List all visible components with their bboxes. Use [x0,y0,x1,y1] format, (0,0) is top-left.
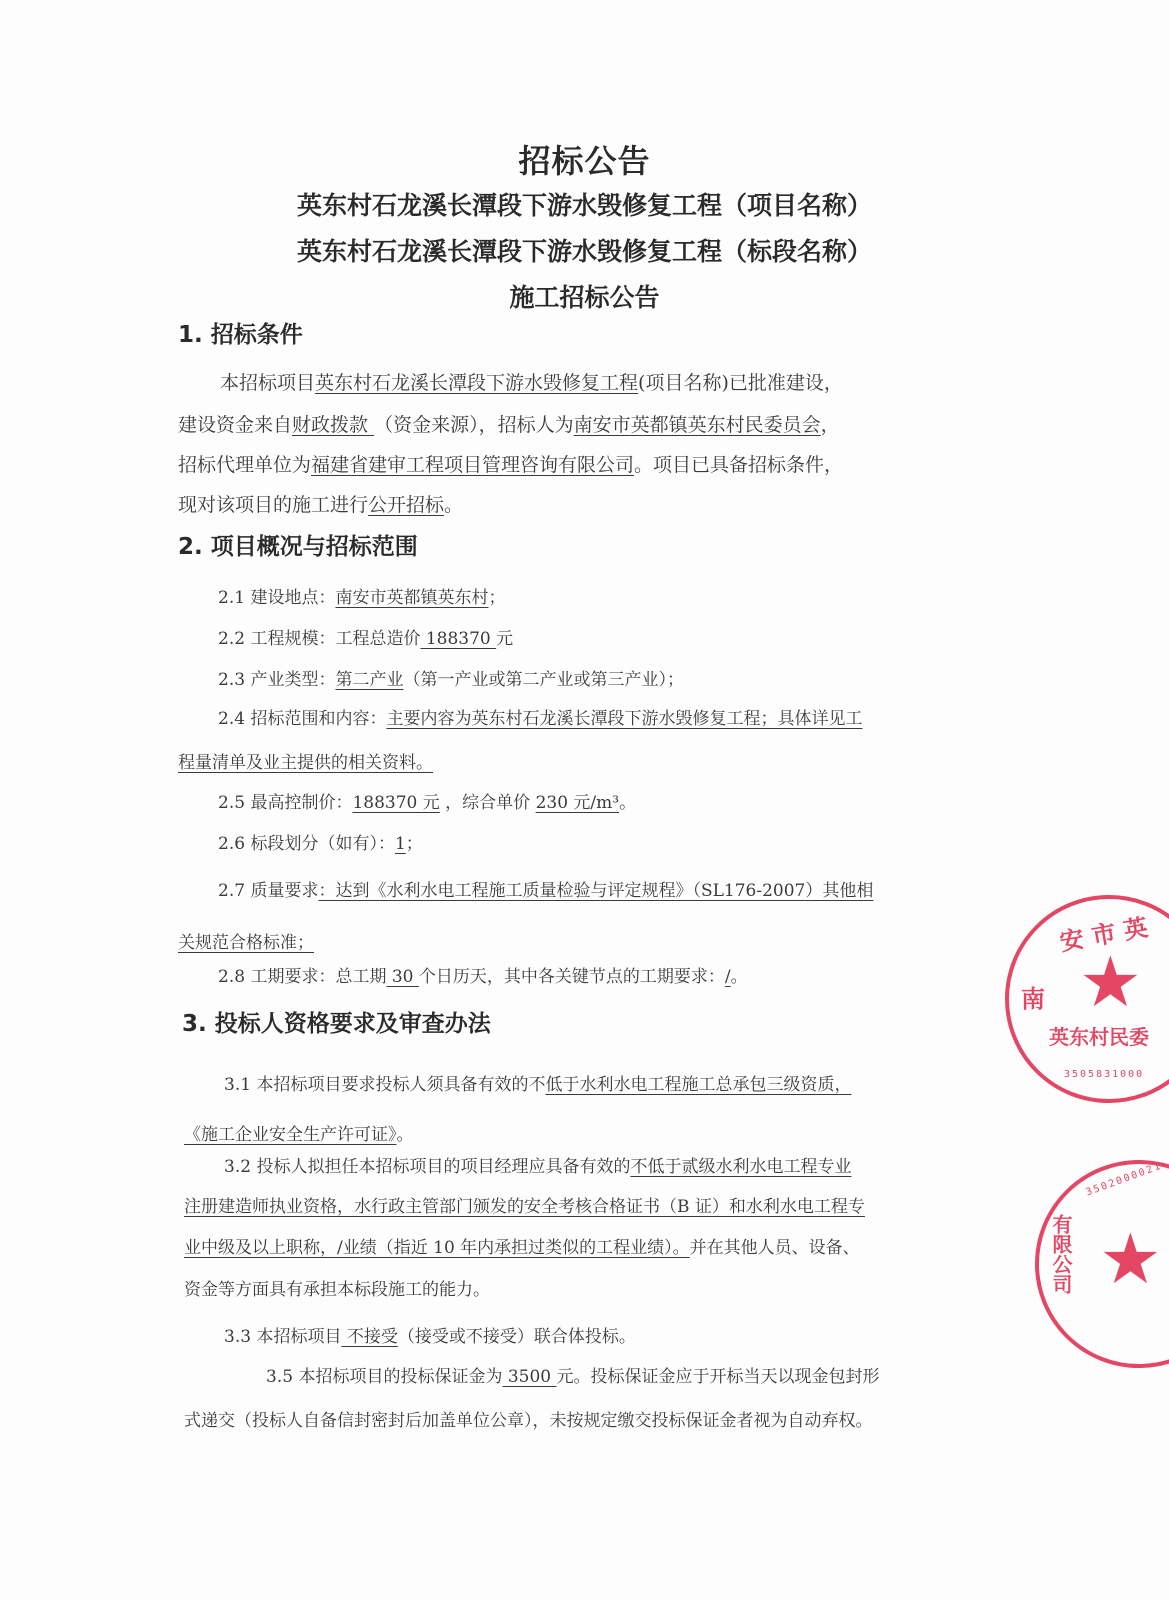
item-3-3: 3.3 本招标项目 不接受（接受或不接受）联合体投标。 [224,1322,636,1347]
seal-text: 有限公司 [1047,1214,1076,1294]
manager-qualification-field: 不低于贰级水利水电工程专业 [630,1157,851,1177]
document-page: 招标公告 英东村石龙溪长潭段下游水毁修复工程（项目名称） 英东村石龙溪长潭段下游… [0,0,1169,1600]
item-3-5-cont: 式递交（投标人自备信封密封后加盖单位公章），未按规定缴交投标保证金者视为自动弃权… [184,1406,873,1431]
text: 式递交（投标人自备信封密封后加盖单位公章），未按规定缴交投标保证金者视为自动弃权… [184,1411,873,1431]
consortium-field: 不接受 [341,1327,397,1347]
section-3-heading: 3. 投标人资格要求及审查办法 [182,1005,491,1038]
item-2-4-cont: 程量清单及业主提供的相关资料。 [178,748,433,773]
text: 现对该项目的施工进行 [178,494,368,516]
section-name-line: 英东村石龙溪长潭段下游水毁修复工程（标段名称） [0,232,1169,268]
manager-qualification-cont-2: 业中级及以上职称，/业绩（指近 10 年内承担过类似的工程业绩）。 [184,1238,690,1258]
project-name-line: 英东村石龙溪长潭段下游水毁修复工程（项目名称） [0,186,1169,222]
item-2-3: 2.3 产业类型：第二产业（第一产业或第二产业或第三产业）； [218,665,684,690]
s1-paragraph-line-2: 建设资金来自财政拨款 （资金来源），招标人为南安市英都镇英东村民委员会， [178,410,840,437]
unit-price-field: 230 元/m³ [536,793,620,813]
text: （接受或不接受）联合体投标。 [398,1327,636,1347]
document-subtitle: 施工招标公告 [0,278,1169,314]
text: 资金等方面具有承担本标段施工的能力。 [184,1280,490,1300]
text: 2.7 质量要求 [218,881,318,901]
text: 元。投标保证金应于开标当天以现金包封形 [557,1367,880,1387]
text: (项目名称)已批准建设， [638,372,843,394]
quality-field: ：达到《水利水电工程施工质量检验与评定规程》（SL176-2007）其他相 [318,881,873,901]
star-icon: ★ [1099,1224,1162,1294]
item-2-4: 2.4 招标范围和内容：主要内容为英东村石龙溪长潭段下游水毁修复工程；具体详见工 [218,704,862,729]
text: 元 [496,629,513,649]
section-2-heading: 2. 项目概况与招标范围 [178,528,418,561]
industry-type-field: 第二产业 [335,670,403,690]
total-cost-field: 188370 [420,629,496,649]
text: 2.6 标段划分（如有）： [218,834,395,854]
qualification-field: 低于水利水电工程施工总承包三级资质， [545,1075,851,1095]
section-1-heading: 1. 招标条件 [178,316,303,349]
fund-source-field: 财政拨款 [292,414,374,436]
tenderer-field: 南安市英都镇英东村民委员会 [574,414,821,436]
item-2-5: 2.5 最高控制价：188370 元 ，综合单价 230 元/m³。 [218,788,636,813]
seal-number: 3505831000 [1064,1069,1144,1080]
agency-seal: 3502000021 ★ 有限公司 [1035,1160,1169,1368]
scope-field: 主要内容为英东村石龙溪长潭段下游水毁修复工程；具体详见工 [386,709,862,729]
text: 并在其他人员、设备、 [690,1238,860,1258]
seal-text-left: 南 [1021,979,1045,1014]
item-3-1-cont: 《施工企业安全生产许可证》。 [184,1120,414,1145]
text: ， [821,414,840,436]
star-icon: ★ [1079,947,1142,1017]
text: 3.2 投标人拟担任本招标项目的项目经理应具备有效的 [224,1157,630,1177]
agency-field: 福建省建审工程项目管理咨询有限公司 [311,454,634,476]
item-2-7-cont: 关规范合格标准； [178,928,314,953]
text: ； [488,588,505,608]
item-2-6: 2.6 标段划分（如有）：1； [218,829,423,854]
text: 招标代理单位为 [178,454,311,476]
s1-paragraph-line-4: 现对该项目的施工进行公开招标。 [178,490,463,517]
item-2-7: 2.7 质量要求：达到《水利水电工程施工质量检验与评定规程》（SL176-200… [218,876,873,901]
seal-text-bottom: 英东村民委 [1049,1021,1149,1050]
text: 2.8 工期要求：总工期 [218,967,386,987]
text: 本招标项目 [220,372,315,394]
scope-field-cont: 程量清单及业主提供的相关资料。 [178,753,433,773]
manager-qualification-cont: 注册建造师执业资格，水行政主管部门颁发的安全考核合格证书（B 证）和水利水电工程… [184,1197,865,1217]
item-3-2: 3.2 投标人拟担任本招标项目的项目经理应具备有效的不低于贰级水利水电工程专业 [224,1152,851,1177]
text: 。 [444,494,463,516]
item-2-1: 2.1 建设地点：南安市英都镇英东村； [218,583,505,608]
text: 。项目已具备招标条件， [634,454,843,476]
text: 2.2 工程规模：工程总造价 [218,629,420,649]
item-2-8: 2.8 工期要求：总工期 30 个日历天，其中各关键节点的工期要求：/。 [218,962,748,987]
text: （第一产业或第二产业或第三产业）； [403,670,684,690]
text: 3.1 本招标项目要求投标人须具备有效的不 [224,1075,545,1095]
text: 2.4 招标范围和内容： [218,709,386,729]
location-field: 南安市英都镇英东村 [335,588,488,608]
s1-paragraph-line-1: 本招标项目英东村石龙溪长潭段下游水毁修复工程(项目名称)已批准建设， [220,368,843,395]
text: 3.3 本招标项目 [224,1327,341,1347]
item-3-1: 3.1 本招标项目要求投标人须具备有效的不低于水利水电工程施工总承包三级资质， [224,1070,851,1095]
text: ； [406,834,423,854]
seal-number: 3502000021 [1085,1161,1164,1199]
lot-count-field: 1 [395,834,406,854]
village-committee-seal: 安 市 英 南 ★ 英东村民委 3505831000 [1005,895,1169,1103]
text: 2.1 建设地点： [218,588,335,608]
project-name-field: 英东村石龙溪长潭段下游水毁修复工程 [315,372,638,394]
text: 个日历天，其中各关键节点的工期要求： [419,967,725,987]
tender-method-field: 公开招标 [368,494,444,516]
max-price-field: 188370 元 [352,793,439,813]
text: 2.5 最高控制价： [218,793,352,813]
text: 。 [619,793,636,813]
safety-license-field: 《施工企业安全生产许可证》 [184,1125,397,1145]
item-3-2-line-4: 资金等方面具有承担本标段施工的能力。 [184,1275,490,1300]
text: 。 [731,967,748,987]
text: 建设资金来自 [178,414,292,436]
s1-paragraph-line-3: 招标代理单位为福建省建审工程项目管理咨询有限公司。项目已具备招标条件， [178,450,843,477]
document-title: 招标公告 [0,136,1169,182]
text: ，综合单价 [440,793,536,813]
text: 3.5 本招标项目的投标保证金为 [266,1367,502,1387]
text: （资金来源），招标人为 [374,414,574,436]
text: 。 [397,1125,414,1145]
item-3-2-line-3: 业中级及以上职称，/业绩（指近 10 年内承担过类似的工程业绩）。并在其他人员、… [184,1233,860,1258]
quality-field-cont: 关规范合格标准； [178,933,314,953]
duration-field: 30 [386,967,418,987]
item-3-2-line-2: 注册建造师执业资格，水行政主管部门颁发的安全考核合格证书（B 证）和水利水电工程… [184,1192,865,1217]
item-2-2: 2.2 工程规模：工程总造价 188370 元 [218,624,513,649]
bid-bond-field: 3500 [502,1367,556,1387]
text: 2.3 产业类型： [218,670,335,690]
item-3-5: 3.5 本招标项目的投标保证金为 3500 元。投标保证金应于开标当天以现金包封… [266,1362,880,1387]
